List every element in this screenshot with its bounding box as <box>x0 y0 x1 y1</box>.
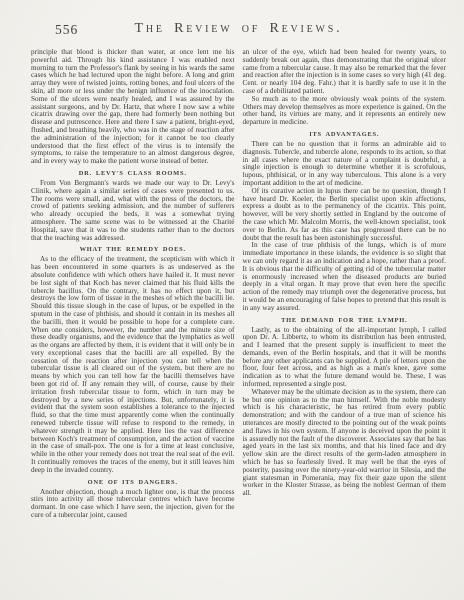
article-paragraph: In the case of true phthisis of the lung… <box>243 242 447 312</box>
magazine-page: 556 The Review of Reviews. principle tha… <box>0 0 464 520</box>
article-paragraph: From Von Bergmann's wards we made our wa… <box>31 180 235 242</box>
left-column: principle that blood is thicker than wat… <box>31 49 235 520</box>
article-paragraph: principle that blood is thicker than wat… <box>31 49 235 166</box>
article-paragraph: Lastly, as to the obtaining of the all-i… <box>243 327 447 389</box>
right-column: an ulcer of the eye, which had been heal… <box>243 49 447 520</box>
article-paragraph: Of its curative action in lupus there ca… <box>243 188 447 243</box>
section-heading: DR. LEVY'S CLASS ROOMS. <box>31 170 235 177</box>
article-paragraph: There can be no question that it forms a… <box>243 141 447 188</box>
article-paragraph: As to the efficacy of the treatment, the… <box>31 256 235 474</box>
article-paragraph: Whatever may be the ultimate decision as… <box>243 389 447 498</box>
section-heading: THE DEMAND FOR THE LYMPH. <box>243 317 447 324</box>
article-paragraph: Another objection, though a much lighter… <box>31 489 235 520</box>
article-columns: principle that blood is thicker than wat… <box>31 49 446 520</box>
page-header: 556 The Review of Reviews. <box>31 21 446 38</box>
section-heading: WHAT THE REMEDY DOES. <box>31 246 235 253</box>
section-heading: ONE OF ITS DANGERS. <box>31 479 235 486</box>
journal-title: The Review of Reviews. <box>31 21 446 37</box>
article-paragraph: So much as to the more obviously weak po… <box>243 96 447 127</box>
article-paragraph: an ulcer of the eye, which had been heal… <box>243 49 447 96</box>
section-heading: ITS ADVANTAGES. <box>243 131 447 138</box>
